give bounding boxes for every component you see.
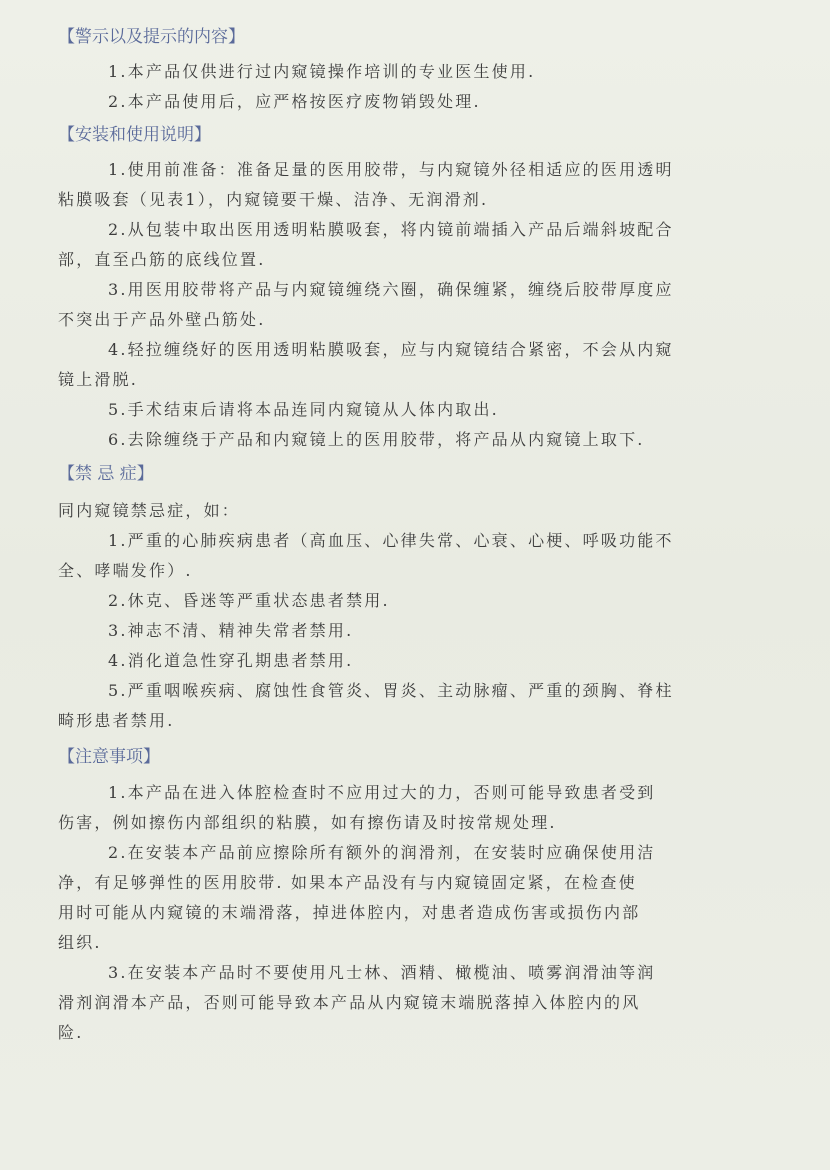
section-heading-warnings: 【警示以及提示的内容】 — [58, 22, 245, 47]
paragraph-line: 粘膜吸套（见表1），内窥镜要干燥、洁净、无润滑剂. — [58, 187, 488, 210]
paragraph-line: 滑剂润滑本产品，否则可能导致本产品从内窥镜末端脱落掉入体腔内的风 — [58, 990, 640, 1013]
paragraph-line: 2.休克、昏迷等严重状态患者禁用. — [108, 588, 390, 611]
paragraph-line: 3.神志不清、精神失常者禁用. — [108, 618, 353, 641]
paragraph-line: 险. — [58, 1020, 84, 1043]
paragraph-line: 镜上滑脱. — [58, 367, 138, 390]
paragraph-line: 4.轻拉缠绕好的医用透明粘膜吸套，应与内窥镜结合紧密，不会从内窥 — [108, 337, 674, 360]
paragraph-line: 6.去除缠绕于产品和内窥镜上的医用胶带，将产品从内窥镜上取下. — [108, 427, 645, 450]
paragraph-line: 部，直至凸筋的底线位置. — [58, 247, 266, 270]
paragraph-line: 4.消化道急性穿孔期患者禁用. — [108, 648, 353, 671]
paragraph-line: 3.在安装本产品时不要使用凡士林、酒精、橄榄油、喷雾润滑油等润 — [108, 960, 655, 983]
paragraph-line: 5.严重咽喉疾病、腐蚀性食管炎、胃炎、主动脉瘤、严重的颈胸、脊柱 — [108, 678, 674, 701]
paragraph-line: 同内窥镜禁忌症，如： — [58, 498, 240, 521]
paragraph-line: 2.本产品使用后，应严格按医疗废物销毁处理. — [108, 89, 481, 112]
document-page: 【警示以及提示的内容】 1.本产品仅供进行过内窥镜操作培训的专业医生使用. 2.… — [0, 0, 830, 1170]
paragraph-line: 3.用医用胶带将产品与内窥镜缠绕六圈，确保缠紧，缠绕后胶带厚度应 — [108, 277, 674, 300]
paragraph-line: 不突出于产品外壁凸筋处. — [58, 307, 266, 330]
section-heading-precautions: 【注意事项】 — [58, 742, 160, 767]
paragraph-line: 畸形患者禁用. — [58, 708, 175, 731]
paragraph-line: 1.本产品仅供进行过内窥镜操作培训的专业医生使用. — [108, 59, 535, 82]
paragraph-line: 5.手术结束后请将本品连同内窥镜从人体内取出. — [108, 397, 499, 420]
paragraph-line: 全、哮喘发作）. — [58, 558, 193, 581]
paragraph-line: 1.本产品在进入体腔检查时不应用过大的力，否则可能导致患者受到 — [108, 780, 655, 803]
paragraph-line: 2.在安装本产品前应擦除所有额外的润滑剂，在安装时应确保使用洁 — [108, 840, 655, 863]
paragraph-line: 用时可能从内窥镜的末端滑落，掉进体腔内，对患者造成伤害或损伤内部 — [58, 900, 640, 923]
paragraph-line: 1.严重的心肺疾病患者（高血压、心律失常、心衰、心梗、呼吸功能不 — [108, 528, 674, 551]
paragraph-line: 2.从包装中取出医用透明粘膜吸套，将内镜前端插入产品后端斜坡配合 — [108, 217, 674, 240]
paragraph-line: 伤害，例如擦伤内部组织的粘膜，如有擦伤请及时按常规处理. — [58, 810, 557, 833]
section-heading-installation: 【安装和使用说明】 — [58, 120, 211, 145]
section-heading-contraindications: 【禁 忌 症】 — [58, 459, 154, 484]
paragraph-line: 净，有足够弹性的医用胶带. 如果本产品没有与内窥镜固定紧，在检查使 — [58, 870, 637, 893]
paragraph-line: 组织. — [58, 930, 102, 953]
paragraph-line: 1.使用前准备：准备足量的医用胶带，与内窥镜外径相适应的医用透明 — [108, 157, 674, 180]
